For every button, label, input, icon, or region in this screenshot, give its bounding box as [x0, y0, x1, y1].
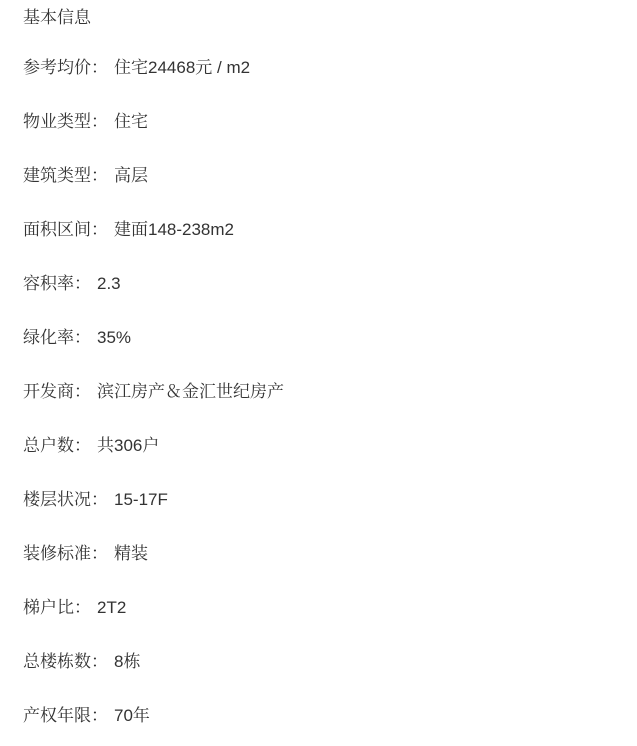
field-label: 楼层状况 [23, 490, 91, 509]
field-value: 住宅 [114, 112, 148, 131]
colon-separator: ： [91, 652, 108, 671]
colon-separator: ： [74, 382, 91, 401]
row-total-buildings: 总楼栋数：8栋 [23, 652, 617, 671]
field-label: 建筑类型 [23, 166, 91, 185]
field-value: 8栋 [114, 652, 140, 671]
row-total-households: 总户数：共306户 [23, 436, 617, 455]
colon-separator: ： [91, 490, 108, 509]
field-label: 产权年限 [23, 706, 91, 725]
field-value: 2.3 [97, 274, 121, 293]
field-value: 35% [97, 328, 131, 347]
field-value: 15-17F [114, 490, 168, 509]
colon-separator: ： [74, 328, 91, 347]
colon-separator: ： [91, 58, 108, 77]
field-label: 面积区间 [23, 220, 91, 239]
row-reference-avg-price: 参考均价：住宅24468元 / m2 [23, 58, 617, 77]
field-label: 绿化率 [23, 328, 74, 347]
colon-separator: ： [91, 220, 108, 239]
colon-separator: ： [74, 436, 91, 455]
field-label: 梯户比 [23, 598, 74, 617]
colon-separator: ： [91, 544, 108, 563]
field-value: 住宅24468元 / m2 [114, 58, 250, 77]
field-value: 共306户 [97, 436, 159, 455]
field-label: 总户数 [23, 436, 74, 455]
colon-separator: ： [91, 112, 108, 131]
row-property-rights-term: 产权年限：70年 [23, 706, 617, 725]
field-label: 物业类型 [23, 112, 91, 131]
row-developer: 开发商：滨江房产＆金汇世纪房产 [23, 382, 617, 401]
colon-separator: ： [74, 598, 91, 617]
row-property-type: 物业类型：住宅 [23, 112, 617, 131]
page-title: 基本信息 [23, 8, 617, 27]
row-building-type: 建筑类型：高层 [23, 166, 617, 185]
row-greening-rate: 绿化率：35% [23, 328, 617, 347]
field-label: 开发商 [23, 382, 74, 401]
row-elevator-ratio: 梯户比：2T2 [23, 598, 617, 617]
field-value: 建面148-238m2 [114, 220, 234, 239]
field-label: 装修标准 [23, 544, 91, 563]
colon-separator: ： [91, 166, 108, 185]
field-value: 滨江房产＆金汇世纪房产 [97, 382, 284, 401]
field-value: 70年 [114, 706, 150, 725]
row-plot-ratio: 容积率：2.3 [23, 274, 617, 293]
colon-separator: ： [74, 274, 91, 293]
row-decoration-standard: 装修标准：精装 [23, 544, 617, 563]
basic-info-page: 基本信息 参考均价：住宅24468元 / m2 物业类型：住宅 建筑类型：高层 … [0, 0, 637, 746]
field-label: 参考均价 [23, 58, 91, 77]
row-floor-status: 楼层状况：15-17F [23, 490, 617, 509]
field-label: 容积率 [23, 274, 74, 293]
field-value: 高层 [114, 166, 148, 185]
field-value: 2T2 [97, 598, 126, 617]
field-label: 总楼栋数 [23, 652, 91, 671]
field-value: 精装 [114, 544, 148, 563]
colon-separator: ： [91, 706, 108, 725]
row-area-range: 面积区间：建面148-238m2 [23, 220, 617, 239]
